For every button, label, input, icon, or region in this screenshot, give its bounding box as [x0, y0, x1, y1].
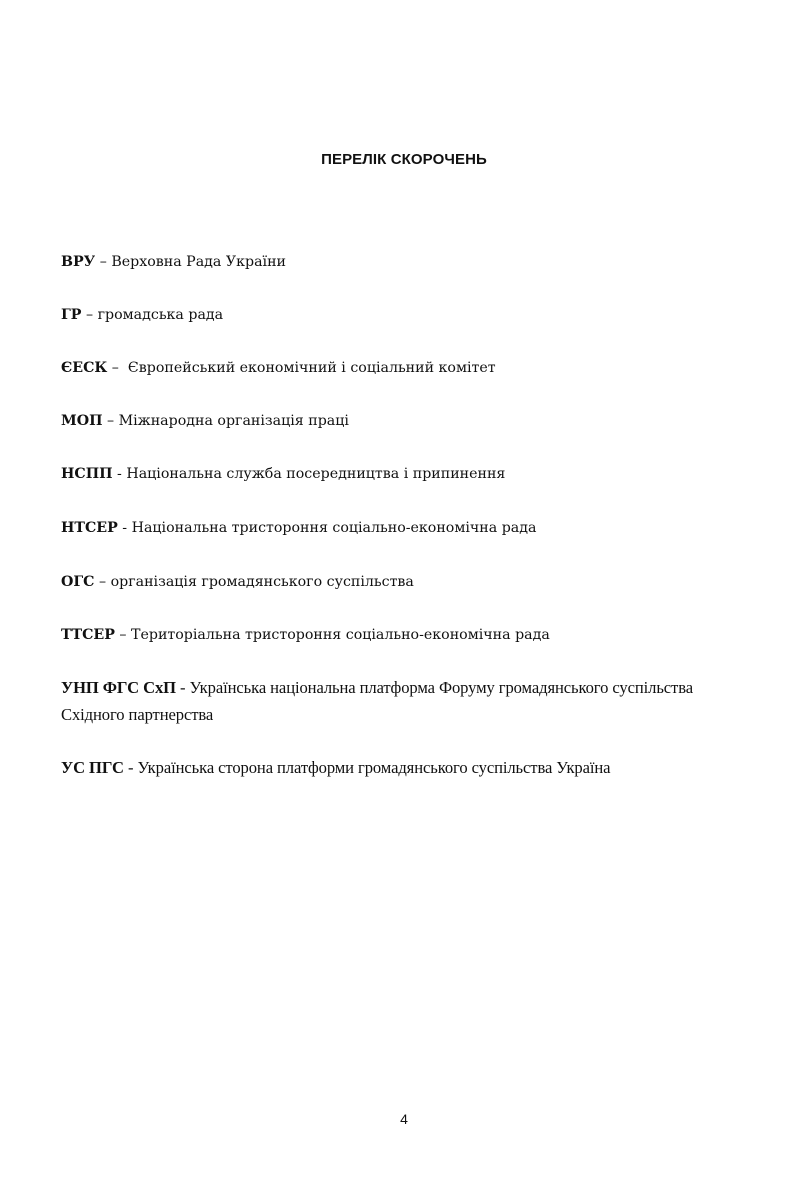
abbreviation-term: НСПП: [61, 466, 113, 482]
abbreviation-definition: Українська сторона платформи громадянськ…: [137, 758, 610, 777]
abbreviation-item: ЄЕСК – Європейський економічний і соціал…: [61, 355, 496, 381]
abbreviation-separator: –: [102, 413, 118, 429]
abbreviation-item: НТСЕР - Національна тристороння соціальн…: [61, 515, 536, 541]
abbreviation-term: ЄЕСК: [61, 360, 107, 376]
abbreviation-term: УС ПГС: [61, 758, 124, 777]
abbreviation-term: НТСЕР: [61, 520, 118, 536]
page-number: 4: [0, 1111, 808, 1127]
abbreviation-item: НСПП - Національна служба посередництва …: [61, 461, 505, 487]
abbreviation-separator: -: [176, 678, 190, 697]
abbreviation-term: ВРУ: [61, 254, 95, 270]
abbreviation-definition: Національна тристороння соціально-економ…: [132, 520, 537, 536]
abbreviation-separator: –: [94, 574, 110, 590]
abbreviation-definition: Верховна Рада України: [111, 254, 286, 270]
abbreviation-definition: Територіальна тристороння соціально-екон…: [131, 627, 550, 643]
abbreviation-definition: громадська рада: [98, 307, 224, 323]
abbreviation-separator: -: [118, 520, 132, 536]
abbreviation-separator: –: [107, 360, 128, 376]
abbreviation-term: УНП ФГС СхП: [61, 678, 176, 697]
abbreviation-item: ОГС – організація громадянського суспіль…: [61, 569, 414, 595]
abbreviation-separator: -: [113, 466, 127, 482]
abbreviation-item: ВРУ – Верховна Рада України: [61, 249, 286, 275]
abbreviation-term: МОП: [61, 413, 102, 429]
abbreviation-term: ОГС: [61, 574, 94, 590]
page-title: ПЕРЕЛІК СКОРОЧЕНЬ: [0, 151, 808, 168]
abbreviation-term: ТТСЕР: [61, 627, 115, 643]
abbreviation-separator: –: [95, 254, 111, 270]
abbreviation-item: ГР – громадська рада: [61, 302, 223, 328]
abbreviation-separator: -: [124, 758, 138, 777]
abbreviation-term: ГР: [61, 307, 81, 323]
abbreviation-item: УС ПГС - Українська сторона платформи гр…: [61, 754, 610, 781]
abbreviation-separator: –: [115, 627, 131, 643]
abbreviation-definition: Національна служба посередництва і припи…: [126, 466, 505, 482]
abbreviation-separator: –: [81, 307, 97, 323]
abbreviation-item: ТТСЕР – Територіальна тристороння соціал…: [61, 622, 550, 648]
abbreviation-definition: організація громадянського суспільства: [111, 574, 414, 590]
abbreviation-item: МОП – Міжнародна організація праці: [61, 408, 349, 434]
abbreviation-definition: Європейський економічний і соціальний ко…: [128, 360, 496, 376]
abbreviation-item: УНП ФГС СхП - Українська національна пла…: [61, 674, 741, 728]
abbreviation-definition: Міжнародна організація праці: [119, 413, 349, 429]
